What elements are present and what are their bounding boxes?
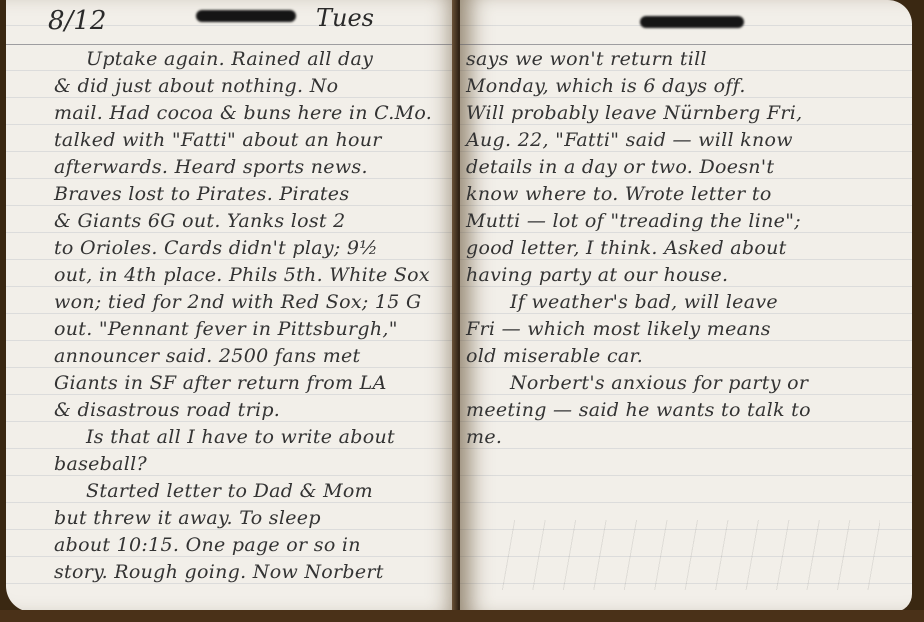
handwritten-line: won; tied for 2nd with Red Sox; 15 G [6, 289, 458, 316]
handwritten-line: Is that all I have to write about [6, 424, 458, 451]
cover-edge [0, 610, 924, 622]
handwritten-line: having party at our house. [460, 262, 912, 289]
handwritten-line: out, in 4th place. Phils 5th. White Sox [6, 262, 458, 289]
header-rule [6, 44, 458, 45]
handwritten-line: Norbert's anxious for party or [460, 370, 912, 397]
handwritten-line: Started letter to Dad & Mom [6, 478, 458, 505]
entry-date: 8/12 [48, 6, 106, 36]
right-page: says we won't return tillMonday, which i… [460, 0, 912, 612]
handwritten-line: & disastrous road trip. [6, 397, 458, 424]
handwritten-line: story. Rough going. Now Norbert [6, 559, 458, 586]
handwritten-line: & Giants 6G out. Yanks lost 2 [6, 208, 458, 235]
redaction-mark [196, 10, 296, 22]
handwritten-line: to Orioles. Cards didn't play; 9½ [6, 235, 458, 262]
handwritten-line: out. "Pennant fever in Pittsburgh," [6, 316, 458, 343]
handwritten-line: but threw it away. To sleep [6, 505, 458, 532]
header-rule [460, 44, 912, 45]
handwritten-line: details in a day or two. Doesn't [460, 154, 912, 181]
handwritten-line: announcer said. 2500 fans met [6, 343, 458, 370]
handwritten-line: Monday, which is 6 days off. [460, 73, 912, 100]
handwritten-line: good letter, I think. Asked about [460, 235, 912, 262]
handwritten-line: afterwards. Heard sports news. [6, 154, 458, 181]
redaction-mark [640, 16, 744, 28]
handwritten-line: Giants in SF after return from LA [6, 370, 458, 397]
handwritten-line: old miserable car. [460, 343, 912, 370]
faint-bleed-through [500, 520, 880, 590]
handwritten-line: me. [460, 424, 912, 451]
handwritten-line: & did just about nothing. No [6, 73, 458, 100]
handwritten-line: says we won't return till [460, 46, 912, 73]
right-page-text: says we won't return tillMonday, which i… [460, 46, 912, 451]
handwritten-line: meeting — said he wants to talk to [460, 397, 912, 424]
handwritten-line: mail. Had cocoa & buns here in C.Mo. [6, 100, 458, 127]
handwritten-line: Braves lost to Pirates. Pirates [6, 181, 458, 208]
handwritten-line: Aug. 22, "Fatti" said — will know [460, 127, 912, 154]
handwritten-line: Fri — which most likely means [460, 316, 912, 343]
handwritten-line: Will probably leave Nürnberg Fri, [460, 100, 912, 127]
handwritten-line: baseball? [6, 451, 458, 478]
handwritten-line: talked with "Fatti" about an hour [6, 127, 458, 154]
diary-spread: 8/12 Tues Uptake again. Rained all day& … [0, 0, 924, 622]
entry-day: Tues [316, 4, 374, 32]
left-page: 8/12 Tues Uptake again. Rained all day& … [6, 0, 458, 612]
handwritten-line: Mutti — lot of "treading the line"; [460, 208, 912, 235]
left-page-text: Uptake again. Rained all day& did just a… [6, 46, 458, 586]
handwritten-line: If weather's bad, will leave [460, 289, 912, 316]
handwritten-line: Uptake again. Rained all day [6, 46, 458, 73]
handwritten-line: know where to. Wrote letter to [460, 181, 912, 208]
handwritten-line: about 10:15. One page or so in [6, 532, 458, 559]
